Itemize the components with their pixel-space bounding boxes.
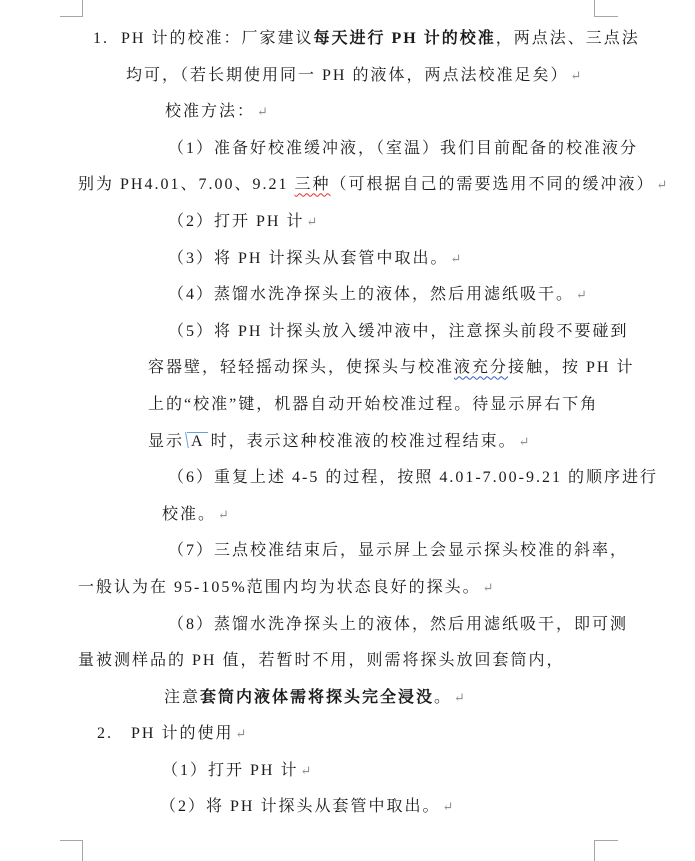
text-run: （2）将 PH 计探头从套管中取出。 [160,798,440,815]
text-run: （1）打开 PH 计 [162,762,298,779]
paragraph-mark-icon: ↵ [300,763,311,778]
text-run: 注意 [164,689,200,706]
spellcheck-underline-text: 三种 [294,176,330,193]
text-line-9[interactable]: （5）将 PH 计探头放入缓冲液中，注意探头前段不要碰到 [0,314,695,351]
text-line-21[interactable]: （1）打开 PH 计↵ [0,753,695,790]
text-run: 1. PH 计的校准：厂家建议 [93,30,313,47]
text-line-5[interactable]: 别为 PH4.01、7.00、9.21 三种（可根据自己的需要选用不同的缓冲液）… [0,167,695,204]
text-line-19[interactable]: 注意套筒内液体需将探头完全浸没。↵ [0,680,695,717]
crop-mark-top-right [594,0,618,17]
text-run: 一般认为在 95-105%范围内均为状态良好的探头。 [78,579,481,596]
text-line-11[interactable]: 上的“校准”键，机器自动开始校准过程。待显示屏右下角 [0,387,695,424]
text-line-7[interactable]: （3）将 PH 计探头从套管中取出。↵ [0,241,695,278]
text-run: （7）三点校准结束后，显示屏上会显示探头校准的斜率， [168,542,628,559]
paragraph-mark-icon: ↵ [570,68,581,83]
text-line-10[interactable]: 容器壁，轻轻摇动探头，使探头与校准液充分接触，按 PH 计 [0,350,695,387]
text-line-16[interactable]: 一般认为在 95-105%范围内均为状态良好的探头。↵ [0,570,695,607]
text-line-1[interactable]: 1. PH 计的校准：厂家建议每天进行 PH 计的校准，两点法、三点法 [0,21,695,58]
text-line-18[interactable]: 量被测样品的 PH 值，若暂时不用，则需将探头放回套筒内， [0,643,695,680]
text-line-3[interactable]: 校准方法：↵ [0,94,695,131]
text-run: 别为 PH4.01、7.00、9.21 [78,176,294,193]
text-line-22[interactable]: （2）将 PH 计探头从套管中取出。↵ [0,789,695,826]
text-run: （4）蒸馏水洗净探头上的液体，然后用滤纸吸干。 [168,286,574,303]
text-line-12[interactable]: 显示A时，表示这种校准液的校准过程结束。↵ [0,424,695,461]
text-line-20[interactable]: 2. PH 计的使用↵ [0,716,695,753]
crop-mark-top-left [60,0,83,17]
text-run: （1）准备好校准缓冲液，（室温）我们目前配备的校准液分 [168,140,638,157]
text-run: 校准。 [162,506,216,523]
equation-object: A [187,432,208,451]
grammar-underline-text: 液充分 [454,359,508,376]
text-run: （3）将 PH 计探头从套管中取出。 [168,250,448,267]
crop-mark-bottom-right [594,840,618,861]
document-body[interactable]: 1. PH 计的校准：厂家建议每天进行 PH 计的校准，两点法、三点法均可，（若… [0,21,695,826]
text-run: （8）蒸馏水洗净探头上的液体，然后用滤纸吸干，即可测 [168,616,628,633]
paragraph-mark-icon: ↵ [519,434,530,449]
text-run: ，两点法、三点法 [496,30,640,47]
text-run: 量被测样品的 PH 值，若暂时不用，则需将探头放回套筒内， [78,652,564,669]
paragraph-mark-icon: ↵ [483,580,494,595]
document-page: 1. PH 计的校准：厂家建议每天进行 PH 计的校准，两点法、三点法均可，（若… [0,0,695,861]
bold-text: 套筒内液体需将探头完全浸没 [200,689,434,706]
bold-text: 每天进行 PH 计的校准 [313,30,495,47]
crop-mark-bottom-left [60,840,83,861]
text-run: 。 [434,689,452,706]
paragraph-mark-icon: ↵ [235,726,246,741]
text-line-6[interactable]: （2）打开 PH 计↵ [0,204,695,241]
paragraph-mark-icon: ↵ [657,177,668,192]
text-line-13[interactable]: （6）重复上述 4-5 的过程，按照 4.01-7.00-9.21 的顺序进行 [0,460,695,497]
paragraph-mark-icon: ↵ [306,214,317,229]
text-run: （2）打开 PH 计 [168,213,304,230]
text-run: （6）重复上述 4-5 的过程，按照 4.01-7.00-9.21 的顺序进行 [168,469,658,486]
paragraph-mark-icon: ↵ [218,507,229,522]
paragraph-mark-icon: ↵ [442,799,453,814]
text-line-17[interactable]: （8）蒸馏水洗净探头上的液体，然后用滤纸吸干，即可测 [0,607,695,644]
text-run: 均可，（若长期使用同一 PH 的液体，两点法校准足矣） [126,67,568,84]
text-run: 校准方法： [165,103,255,120]
text-run: 上的“校准”键，机器自动开始校准过程。待显示屏右下角 [148,396,598,413]
paragraph-mark-icon: ↵ [454,690,465,705]
text-run: 容器壁，轻轻摇动探头，使探头与校准 [148,359,454,376]
paragraph-mark-icon: ↵ [576,287,587,302]
text-run: （5）将 PH 计探头放入缓冲液中，注意探头前段不要碰到 [168,323,628,340]
paragraph-mark-icon: ↵ [257,104,268,119]
text-run: 显示 [148,433,184,450]
text-run: 接触，按 PH 计 [508,359,634,376]
text-run: 2. PH 计的使用 [97,725,233,742]
text-line-14[interactable]: 校准。↵ [0,497,695,534]
text-run: 时，表示这种校准液的校准过程结束。 [211,433,517,450]
text-line-15[interactable]: （7）三点校准结束后，显示屏上会显示探头校准的斜率， [0,533,695,570]
paragraph-mark-icon: ↵ [450,251,461,266]
text-run: （可根据自己的需要选用不同的缓冲液） [330,176,654,193]
text-line-8[interactable]: （4）蒸馏水洗净探头上的液体，然后用滤纸吸干。↵ [0,277,695,314]
text-line-2[interactable]: 均可，（若长期使用同一 PH 的液体，两点法校准足矣）↵ [0,58,695,95]
text-line-4[interactable]: （1）准备好校准缓冲液，（室温）我们目前配备的校准液分 [0,131,695,168]
